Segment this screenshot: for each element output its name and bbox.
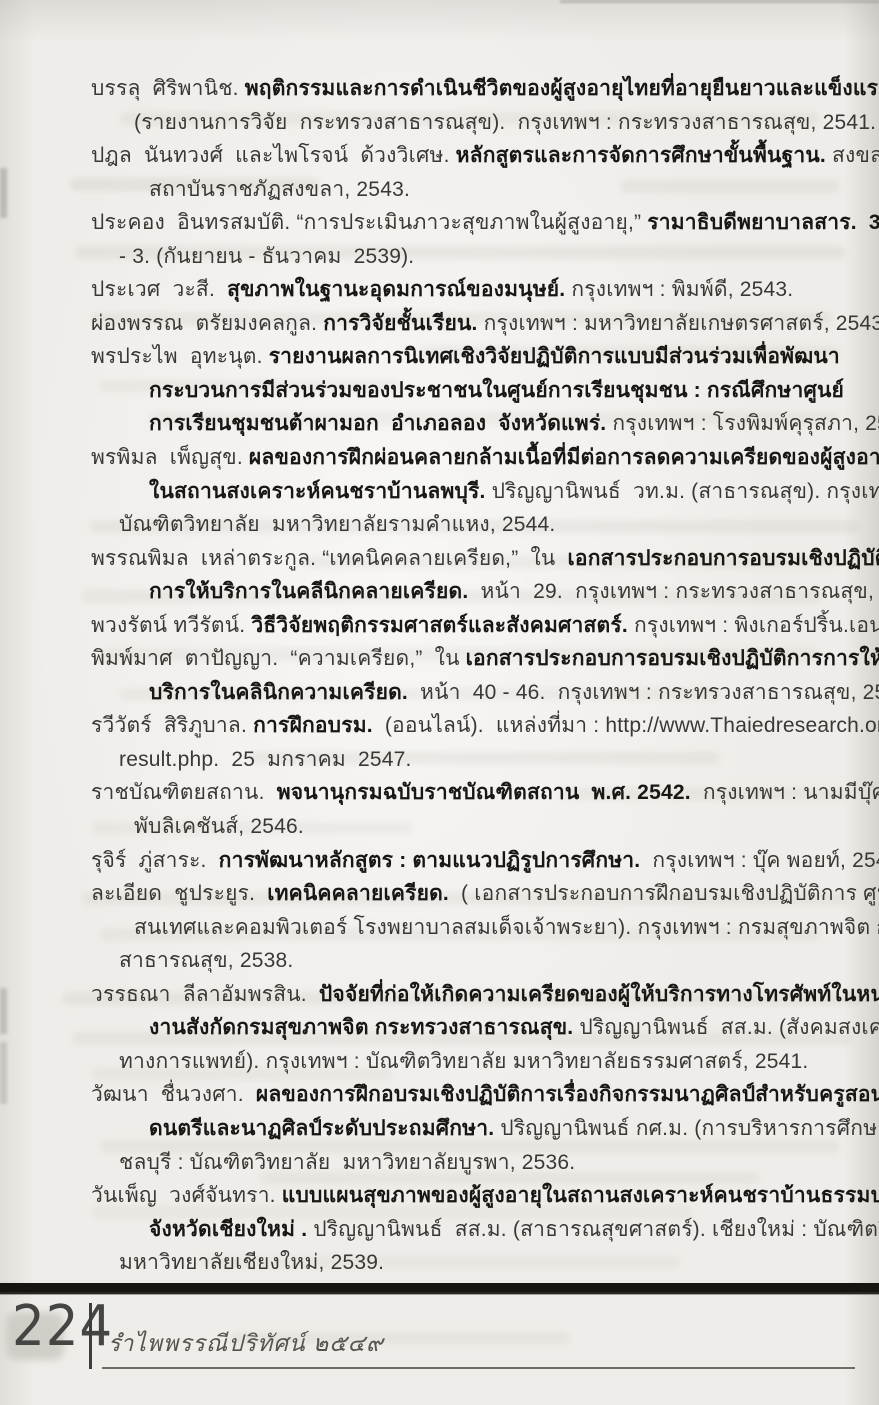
journal-underline	[102, 1367, 855, 1369]
journal-title: รำไพพรรณีปริทัศน์ ๒๕๔๙	[108, 1326, 384, 1360]
reference-text: ในสถานสงเคราะห์คนชราบ้านลพบุรี.	[149, 480, 492, 503]
reference-line: งานสังกัดกรมสุขภาพจิต กระทรวงสาธารณสุข. …	[91, 1011, 866, 1045]
bibliography-entry: ประคอง อินทรสมบัติ. “การประเมินภาวะสุขภา…	[91, 206, 866, 273]
reference-line: บริการในคลินิกความเครียด. หน้า 40 - 46. …	[91, 676, 866, 710]
reference-text: สุขภาพในฐานะอุดมการณ์ของมนุษย์.	[227, 278, 571, 301]
reference-line: ทางการแพทย์). กรุงเทพฯ : บัณฑิตวิทยาลัย …	[91, 1045, 866, 1079]
footer-rule	[0, 1283, 879, 1294]
reference-text: วันเพ็ญ วงศ์จันทรา.	[91, 1184, 282, 1207]
reference-line: ประคอง อินทรสมบัติ. “การประเมินภาวะสุขภา…	[91, 206, 866, 240]
reference-line: รวีวัตร์ สิริภูบาล. การฝึกอบรม. (ออนไลน์…	[91, 709, 866, 743]
reference-line: ราชบัณฑิตยสถาน. พจนานุกรมฉบับราชบัณฑิตสถ…	[91, 776, 866, 810]
reference-text: งานสังกัดกรมสุขภาพจิต กระทรวงสาธารณสุข.	[149, 1016, 579, 1039]
reference-text: - 3. (กันยายน - ธันวาคม 2539).	[119, 245, 414, 268]
scan-edge-mark	[560, 0, 879, 3]
reference-line: ในสถานสงเคราะห์คนชราบ้านลพบุรี. ปริญญานิ…	[91, 475, 866, 509]
reference-text: รุจิร์ ภู่สาระ.	[91, 849, 219, 872]
bibliography-entry: พรประไพ อุทะนุต. รายงานผลการนิเทศเชิงวิจ…	[91, 340, 866, 441]
reference-text: ปัจจัยที่ก่อให้เกิดความเครียดของผู้ให้บร…	[319, 983, 879, 1006]
reference-text: แบบแผนสุขภาพของผู้สูงอายุในสถานสงเคราะห์…	[282, 1184, 879, 1207]
reference-text: ทางการแพทย์). กรุงเทพฯ : บัณฑิตวิทยาลัย …	[119, 1050, 808, 1073]
reference-text: กรุงเทพฯ : พิงเกอร์ปริ้น.เอนมีเดีย, 2540…	[634, 614, 879, 637]
reference-text: วัฒนา ชื่นวงศา.	[91, 1083, 256, 1106]
bibliography-entry: ปฎล นันทวงศ์ และไพโรจน์ ด้วงวิเศษ. หลักส…	[91, 139, 866, 206]
reference-line: รุจิร์ ภู่สาระ. การพัฒนาหลักสูตร : ตามแน…	[91, 844, 866, 878]
reference-text: (รายงานการวิจัย กระทรวงสาธารณสุข). กรุงเ…	[134, 111, 876, 134]
reference-line: พรประไพ อุทะนุต. รายงานผลการนิเทศเชิงวิจ…	[91, 340, 866, 374]
bibliography-entry: บรรลุ ศิริพานิช. พฤติกรรมและการดำเนินชีว…	[91, 72, 866, 139]
reference-text: กรุงเทพฯ : โรงพิมพ์คุรุสภา, 2542.	[612, 412, 879, 435]
reference-text: สงขลา :	[832, 144, 879, 167]
reference-line: สถาบันราชภัฏสงขลา, 2543.	[91, 173, 866, 207]
reference-line: สาธารณสุข, 2538.	[91, 944, 866, 978]
reference-line: ละเอียด ชูประยูร. เทคนิคคลายเครียด. ( เอ…	[91, 877, 866, 911]
bibliography-entry: พิมพ์มาศ ตาปัญญา. “ความเครียด,” ใน เอกสา…	[91, 642, 866, 709]
bibliography-entry: ละเอียด ชูประยูร. เทคนิคคลายเครียด. ( เอ…	[91, 877, 866, 978]
reference-text: วรรธณา ลีลาอัมพรสิน.	[91, 983, 319, 1006]
reference-text: รามาธิบดีพยาบาลสาร. 3 (3) : 2	[647, 211, 879, 234]
reference-text: กระบวนการมีส่วนร่วมของประชาชนในศูนย์การเ…	[149, 379, 844, 402]
reference-line: วันเพ็ญ วงศ์จันทรา. แบบแผนสุขภาพของผู้สู…	[91, 1179, 866, 1213]
reference-text: ประคอง อินทรสมบัติ. “การประเมินภาวะสุขภา…	[91, 211, 647, 234]
reference-text: พิมพ์มาศ ตาปัญญา. “ความเครียด,” ใน	[91, 647, 466, 670]
reference-line: บัณฑิตวิทยาลัย มหาวิทยาลัยรามคำแหง, 2544…	[91, 508, 866, 542]
reference-text: ปฎล นันทวงศ์ และไพโรจน์ ด้วงวิเศษ.	[91, 144, 456, 167]
reference-line: การเรียนชุมชนต้าผามอก อำเภอลอง จังหวัดแพ…	[91, 407, 866, 441]
reference-line: (รายงานการวิจัย กระทรวงสาธารณสุข). กรุงเ…	[91, 106, 866, 140]
reference-line: บรรลุ ศิริพานิช. พฤติกรรมและการดำเนินชีว…	[91, 72, 866, 106]
reference-line: สนเทศและคอมพิวเตอร์ โรงพยาบาลสมเด็จเจ้าพ…	[91, 911, 866, 945]
footer-divider	[89, 1303, 92, 1369]
reference-text: ราชบัณฑิตยสถาน.	[91, 781, 277, 804]
bibliography-entry: ประเวศ วะสี. สุขภาพในฐานะอุดมการณ์ของมนุ…	[91, 273, 866, 307]
reference-text: ประเวศ วะสี.	[91, 278, 227, 301]
reference-line: ชลบุรี : บัณฑิตวิทยาลัย มหาวิทยาลัยบูรพา…	[91, 1146, 866, 1180]
reference-text: กรุงเทพฯ : มหาวิทยาลัยเกษตรศาสตร์, 2543.	[484, 312, 879, 335]
reference-line: result.php. 25 มกราคม 2547.	[91, 743, 866, 777]
bibliography-entry: ราชบัณฑิตยสถาน. พจนานุกรมฉบับราชบัณฑิตสถ…	[91, 776, 866, 843]
reference-text: พวงรัตน์ ทวีรัตน์.	[91, 614, 251, 637]
reference-line: พวงรัตน์ ทวีรัตน์. วิธีวิจัยพฤติกรรมศาสต…	[91, 609, 866, 643]
bibliography-entry: วันเพ็ญ วงศ์จันทรา. แบบแผนสุขภาพของผู้สู…	[91, 1179, 866, 1280]
bibliography-entry: พวงรัตน์ ทวีรัตน์. วิธีวิจัยพฤติกรรมศาสต…	[91, 609, 866, 643]
reference-text: ผลของการฝึกอบรมเชิงปฏิบัติการเรื่องกิจกร…	[256, 1083, 879, 1106]
reference-text: รวีวัตร์ สิริภูบาล.	[91, 714, 253, 737]
reference-line: - 3. (กันยายน - ธันวาคม 2539).	[91, 240, 866, 274]
reference-text: การวิจัยชั้นเรียน.	[323, 312, 483, 335]
page-number: 224	[12, 1296, 84, 1358]
reference-text: พับลิเคชันส์, 2546.	[134, 815, 304, 838]
reference-line: พิมพ์มาศ ตาปัญญา. “ความเครียด,” ใน เอกสา…	[91, 642, 866, 676]
reference-text: จังหวัดเชียงใหม่ .	[149, 1218, 313, 1241]
reference-text: (ออนไลน์). แหล่งที่มา : http://www.Thaie…	[385, 714, 879, 737]
reference-text: การเรียนชุมชนต้าผามอก อำเภอลอง จังหวัดแพ…	[149, 412, 612, 435]
reference-line: จังหวัดเชียงใหม่ . ปริญญานิพนธ์ สส.ม. (ส…	[91, 1213, 866, 1247]
reference-text: เอกสารประกอบการอบรมเชิงปฏิบัติการ	[568, 547, 879, 570]
reference-text: การให้บริการในคลีนิกคลายเครียด.	[149, 580, 480, 603]
reference-line: พับลิเคชันส์, 2546.	[91, 810, 866, 844]
reference-text: เอกสารประกอบการอบรมเชิงปฏิบัติการการให้	[466, 647, 879, 670]
reference-text: สถาบันราชภัฏสงขลา, 2543.	[149, 178, 410, 201]
reference-text: รายงานผลการนิเทศเชิงวิจัยปฏิบัติการแบบมี…	[269, 345, 840, 368]
reference-line: วรรธณา ลีลาอัมพรสิน. ปัจจัยที่ก่อให้เกิด…	[91, 978, 866, 1012]
reference-text: ชลบุรี : บัณฑิตวิทยาลัย มหาวิทยาลัยบูรพา…	[119, 1151, 575, 1174]
bibliography-entry: รวีวัตร์ สิริภูบาล. การฝึกอบรม. (ออนไลน์…	[91, 709, 866, 776]
reference-line: พรพิมล เพ็ญสุข. ผลของการฝึกผ่อนคลายกล้าม…	[91, 441, 866, 475]
reference-text: บัณฑิตวิทยาลัย มหาวิทยาลัยรามคำแหง, 2544…	[119, 513, 555, 536]
bibliography-entry: วัฒนา ชื่นวงศา. ผลของการฝึกอบรมเชิงปฏิบั…	[91, 1078, 866, 1179]
reference-line: การให้บริการในคลีนิกคลายเครียด. หน้า 29.…	[91, 575, 866, 609]
reference-line: ผ่องพรรณ ตรัยมงคลกูล. การวิจัยชั้นเรียน.…	[91, 307, 866, 341]
reference-text: พรรณพิมล เหล่าตระกูล. “เทคนิคคลายเครียด,…	[91, 547, 568, 570]
reference-text: การฝึกอบรม.	[253, 714, 385, 737]
bibliography-entry: วรรธณา ลีลาอัมพรสิน. ปัจจัยที่ก่อให้เกิด…	[91, 978, 866, 1079]
reference-text: การพัฒนาหลักสูตร : ตามแนวปฏิรูปการศึกษา.	[219, 849, 653, 872]
reference-text: ดนตรีและนาฏศิลป์ระดับประถมศึกษา.	[149, 1117, 500, 1140]
reference-text: ละเอียด ชูประยูร.	[91, 882, 267, 905]
reference-line: ประเวศ วะสี. สุขภาพในฐานะอุดมการณ์ของมนุ…	[91, 273, 866, 307]
reference-text: ผ่องพรรณ ตรัยมงคลกูล.	[91, 312, 323, 335]
reference-text: กรุงเทพฯ : พิมพ์ดี, 2543.	[571, 278, 793, 301]
scan-edge-mark	[0, 1042, 7, 1104]
reference-text: สนเทศและคอมพิวเตอร์ โรงพยาบาลสมเด็จเจ้าพ…	[134, 916, 879, 939]
reference-line: กระบวนการมีส่วนร่วมของประชาชนในศูนย์การเ…	[91, 374, 866, 408]
reference-line: ปฎล นันทวงศ์ และไพโรจน์ ด้วงวิเศษ. หลักส…	[91, 139, 866, 173]
reference-text: มหาวิทยาลัยเชียงใหม่, 2539.	[119, 1251, 384, 1274]
reference-line: วัฒนา ชื่นวงศา. ผลของการฝึกอบรมเชิงปฏิบั…	[91, 1078, 866, 1112]
reference-text: พฤติกรรมและการดำเนินชีวิตของผู้สูงอายุไท…	[245, 77, 879, 100]
reference-text: ผลของการฝึกผ่อนคลายกล้ามเนื้อที่มีต่อการ…	[249, 446, 879, 469]
scanned-page: บรรลุ ศิริพานิช. พฤติกรรมและการดำเนินชีว…	[0, 0, 879, 1405]
bibliography-list: บรรลุ ศิริพานิช. พฤติกรรมและการดำเนินชีว…	[91, 72, 866, 1280]
bibliography-entry: รุจิร์ ภู่สาระ. การพัฒนาหลักสูตร : ตามแน…	[91, 844, 866, 878]
reference-text: วิธีวิจัยพฤติกรรมศาสตร์และสังคมศาสตร์.	[251, 614, 634, 637]
reference-text: หน้า 29. กรุงเทพฯ : กระทรวงสาธารณสุข, 25…	[480, 580, 879, 603]
reference-text: พรประไพ อุทะนุต.	[91, 345, 269, 368]
reference-text: ปริญญานิพนธ์ สส.ม. (สาธารณสุขศาสตร์). เช…	[313, 1218, 879, 1241]
reference-text: ปริญญานิพนธ์ สส.ม. (สังคมสงเคราะห์	[579, 1016, 879, 1039]
bibliography-entry: ผ่องพรรณ ตรัยมงคลกูล. การวิจัยชั้นเรียน.…	[91, 307, 866, 341]
scan-edge-mark	[0, 988, 7, 1034]
reference-line: มหาวิทยาลัยเชียงใหม่, 2539.	[91, 1246, 866, 1280]
reference-text: หลักสูตรและการจัดการศึกษาขั้นพื้นฐาน.	[456, 144, 832, 167]
bibliography-entry: พรรณพิมล เหล่าตระกูล. “เทคนิคคลายเครียด,…	[91, 542, 866, 609]
reference-line: ดนตรีและนาฏศิลป์ระดับประถมศึกษา. ปริญญาน…	[91, 1112, 866, 1146]
reference-text: หน้า 40 - 46. กรุงเทพฯ : กระทรวงสาธารณสุ…	[420, 681, 879, 704]
reference-text: กรุงเทพฯ : นามมีบุ๊คส์	[703, 781, 879, 804]
reference-text: ปริญญานิพนธ์ วท.ม. (สาธารณสุข). กรุงเทพฯ…	[492, 480, 879, 503]
reference-text: กรุงเทพฯ : บุ๊ค พอยท์, 2545.	[652, 849, 879, 872]
reference-line: พรรณพิมล เหล่าตระกูล. “เทคนิคคลายเครียด,…	[91, 542, 866, 576]
scan-edge-mark	[0, 168, 7, 218]
reference-text: ปริญญานิพนธ์ กศ.ม. (การบริหารการศึกษา).	[500, 1117, 879, 1140]
reference-text: บรรลุ ศิริพานิช.	[91, 77, 245, 100]
reference-text: พจนานุกรมฉบับราชบัณฑิตสถาน พ.ศ. 2542.	[277, 781, 703, 804]
reference-text: เทคนิคคลายเครียด.	[267, 882, 461, 905]
bibliography-entry: พรพิมล เพ็ญสุข. ผลของการฝึกผ่อนคลายกล้าม…	[91, 441, 866, 542]
reference-text: ( เอกสารประกอบการฝึกอบรมเชิงปฏิบัติการ ศ…	[461, 882, 879, 905]
reference-text: result.php. 25 มกราคม 2547.	[119, 748, 412, 771]
reference-text: บริการในคลินิกความเครียด.	[149, 681, 420, 704]
reference-text: พรพิมล เพ็ญสุข.	[91, 446, 249, 469]
reference-text: สาธารณสุข, 2538.	[119, 949, 293, 972]
